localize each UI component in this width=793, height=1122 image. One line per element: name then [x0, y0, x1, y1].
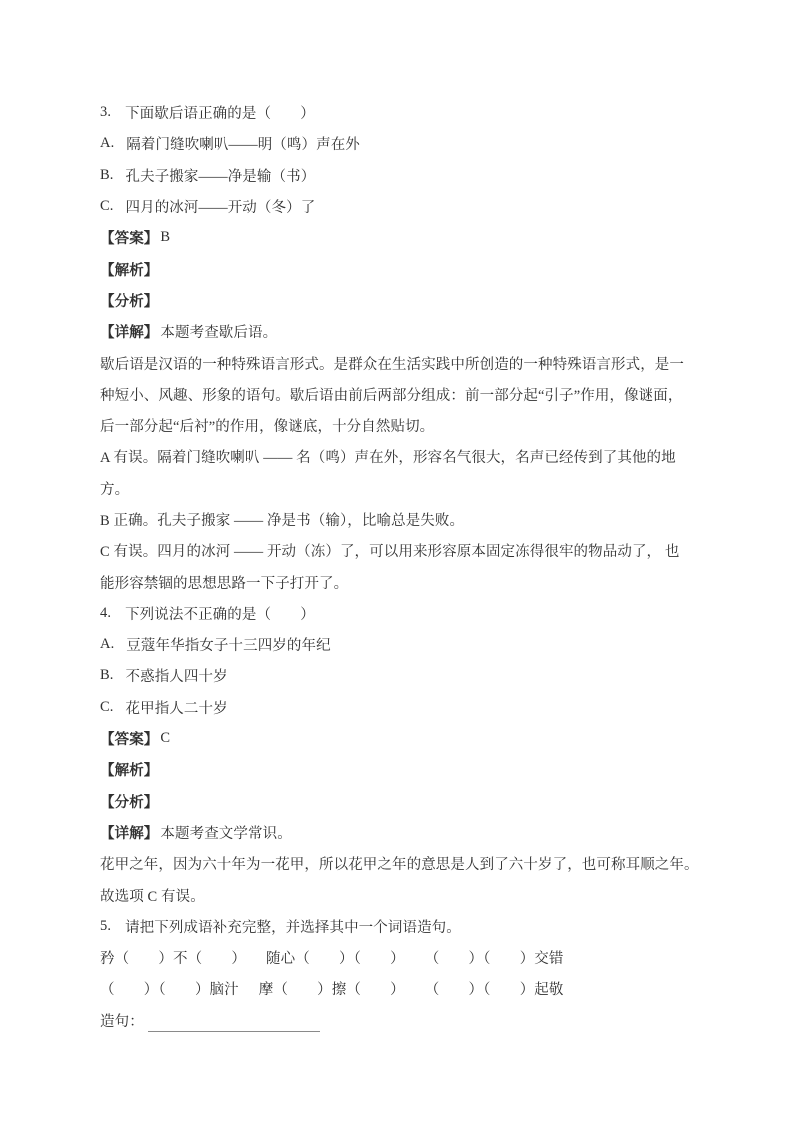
explanation-line: C 有误。四月的冰河 —— 开动（冻）了，可以用来形容原本固定冻得很牢的物品动了… — [100, 535, 701, 566]
sentence-blank-line — [148, 1014, 320, 1032]
q3-number: 3. — [100, 104, 111, 121]
q4-stem-text: 下列说法不正确的是（ ） — [125, 603, 315, 624]
explanation-line: 花甲之年，因为六十年为一花甲，所以花甲之年的意思是人到了六十岁了，也可称耳顺之年… — [100, 848, 701, 879]
q3-stem-text: 下面歇后语正确的是（ ） — [125, 102, 315, 123]
q3-detail-text: 本题考查歇后语。 — [160, 321, 277, 342]
q4-analysis-tag: 【解析】 — [100, 759, 158, 780]
explanation-line: B 正确。孔夫子搬家 —— 净是书（输），比喻总是失败。 — [100, 504, 701, 535]
q3-option-c-text: 四月的冰河——开动（冬）了 — [126, 196, 316, 217]
q5-idiom-row: （ ）（ ）脑汁摩（ ）擦（ ）（ ）（ ）起敬 — [100, 973, 701, 1004]
q3-option-b-label: B. — [100, 167, 114, 184]
q4-detail-text: 本题考查文学常识。 — [160, 822, 291, 843]
q5-idiom-group: （ ）（ ）交错 — [425, 947, 564, 968]
q3-option-c: C.四月的冰河——开动（冬）了 — [100, 191, 701, 222]
q4-answer-line: 【答案】C — [100, 723, 701, 754]
exam-document-page: 3.下面歇后语正确的是（ ） A.隔着门缝吹喇叭——明（鸣）声在外 B.孔夫子搬… — [0, 0, 793, 1122]
q3-analysis-line: 【解析】 — [100, 253, 701, 284]
explanation-text: 花甲之年，因为六十年为一花甲，所以花甲之年的意思是人到了六十岁了，也可称耳顺之年… — [100, 853, 699, 874]
explanation-text: 歇后语是汉语的一种特殊语言形式。是群众在生活实践中所创造的一种特殊语言形式，是一 — [100, 353, 684, 374]
explanation-text: 故选项 C 有误。 — [100, 885, 205, 906]
q3-detail-line: 【详解】本题考查歇后语。 — [100, 316, 701, 347]
q4-option-c-text: 花甲指人二十岁 — [126, 697, 228, 718]
explanation-line: 歇后语是汉语的一种特殊语言形式。是群众在生活实践中所创造的一种特殊语言形式，是一 — [100, 347, 701, 378]
q3-option-a-text: 隔着门缝吹喇叭——明（鸣）声在外 — [126, 133, 360, 154]
explanation-text: B 正确。孔夫子搬家 —— 净是书（输），比喻总是失败。 — [100, 509, 464, 530]
q4-option-b: B.不惑指人四十岁 — [100, 660, 701, 691]
explanation-text: A 有误。隔着门缝吹喇叭 —— 名（鸣）声在外，形容名气很大，名声已经传到了其他… — [100, 446, 676, 467]
q5-number: 5. — [100, 918, 111, 935]
q3-answer-line: 【答案】B — [100, 222, 701, 253]
q3-comment-tag: 【分析】 — [100, 290, 158, 311]
sentence-label: 造句： — [100, 1010, 144, 1031]
q4-analysis-line: 【解析】 — [100, 754, 701, 785]
q4-comment-tag: 【分析】 — [100, 791, 158, 812]
q3-analysis-tag: 【解析】 — [100, 259, 158, 280]
q5-idiom-group: 随心（ ）（ ） — [266, 947, 405, 968]
q3-option-a-label: A. — [100, 135, 114, 152]
explanation-text: 种短小、风趣、形象的语句。歇后语由前后两部分组成：前一部分起“引子”作用，像谜面… — [100, 384, 682, 405]
q3-option-b: B.孔夫子搬家——净是输（书） — [100, 160, 701, 191]
q4-option-c: C.花甲指人二十岁 — [100, 692, 701, 723]
explanation-line: 能形容禁锢的思想思路一下子打开了。 — [100, 566, 701, 597]
q4-option-a-label: A. — [100, 636, 114, 653]
q4-option-b-label: B. — [100, 667, 114, 684]
explanation-text: 方。 — [100, 478, 129, 499]
explanation-line: A 有误。隔着门缝吹喇叭 —— 名（鸣）声在外，形容名气很大，名声已经传到了其他… — [100, 441, 701, 472]
q5-idiom-group: 摩（ ）擦（ ） — [259, 978, 405, 999]
q5-sentence-line: 造句： — [100, 1005, 701, 1036]
explanation-line: 方。 — [100, 473, 701, 504]
q4-answer-value: C — [160, 730, 170, 747]
q4-comment-line: 【分析】 — [100, 786, 701, 817]
q5-idiom-row: 矜（ ）不（ ）随心（ ）（ ）（ ）（ ）交错 — [100, 942, 701, 973]
q3-option-a: A.隔着门缝吹喇叭——明（鸣）声在外 — [100, 128, 701, 159]
explanation-line: 后一部分起“后衬”的作用，像谜底，十分自然贴切。 — [100, 410, 701, 441]
q5-idiom-group: （ ）（ ）起敬 — [425, 978, 564, 999]
explanation-line: 种短小、风趣、形象的语句。歇后语由前后两部分组成：前一部分起“引子”作用，像谜面… — [100, 379, 701, 410]
q5-idiom-group: 矜（ ）不（ ） — [100, 947, 246, 968]
q4-number: 4. — [100, 605, 111, 622]
q4-answer-tag: 【答案】 — [100, 728, 158, 749]
q4-detail-tag: 【详解】 — [100, 822, 158, 843]
q3-option-b-text: 孔夫子搬家——净是输（书） — [126, 165, 316, 186]
q3-question-line: 3.下面歇后语正确的是（ ） — [100, 97, 701, 128]
q4-option-b-text: 不惑指人四十岁 — [126, 665, 228, 686]
q3-option-c-label: C. — [100, 198, 114, 215]
q3-answer-tag: 【答案】 — [100, 227, 158, 248]
explanation-line: 故选项 C 有误。 — [100, 879, 701, 910]
q4-option-a: A.豆蔻年华指女子十三四岁的年纪 — [100, 629, 701, 660]
q3-comment-line: 【分析】 — [100, 285, 701, 316]
explanation-text: C 有误。四月的冰河 —— 开动（冻）了，可以用来形容原本固定冻得很牢的物品动了… — [100, 540, 679, 561]
q3-detail-tag: 【详解】 — [100, 321, 158, 342]
explanation-text: 能形容禁锢的思想思路一下子打开了。 — [100, 572, 348, 593]
q4-detail-line: 【详解】本题考查文学常识。 — [100, 817, 701, 848]
q5-stem-text: 请把下列成语补充完整，并选择其中一个词语造句。 — [125, 916, 461, 937]
q5-question-line: 5.请把下列成语补充完整，并选择其中一个词语造句。 — [100, 911, 701, 942]
q5-idiom-group: （ ）（ ）脑汁 — [100, 978, 239, 999]
q4-option-a-text: 豆蔻年华指女子十三四岁的年纪 — [126, 634, 330, 655]
explanation-text: 后一部分起“后衬”的作用，像谜底，十分自然贴切。 — [100, 415, 434, 436]
q4-question-line: 4.下列说法不正确的是（ ） — [100, 598, 701, 629]
q4-option-c-label: C. — [100, 699, 114, 716]
q3-answer-value: B — [160, 229, 170, 246]
